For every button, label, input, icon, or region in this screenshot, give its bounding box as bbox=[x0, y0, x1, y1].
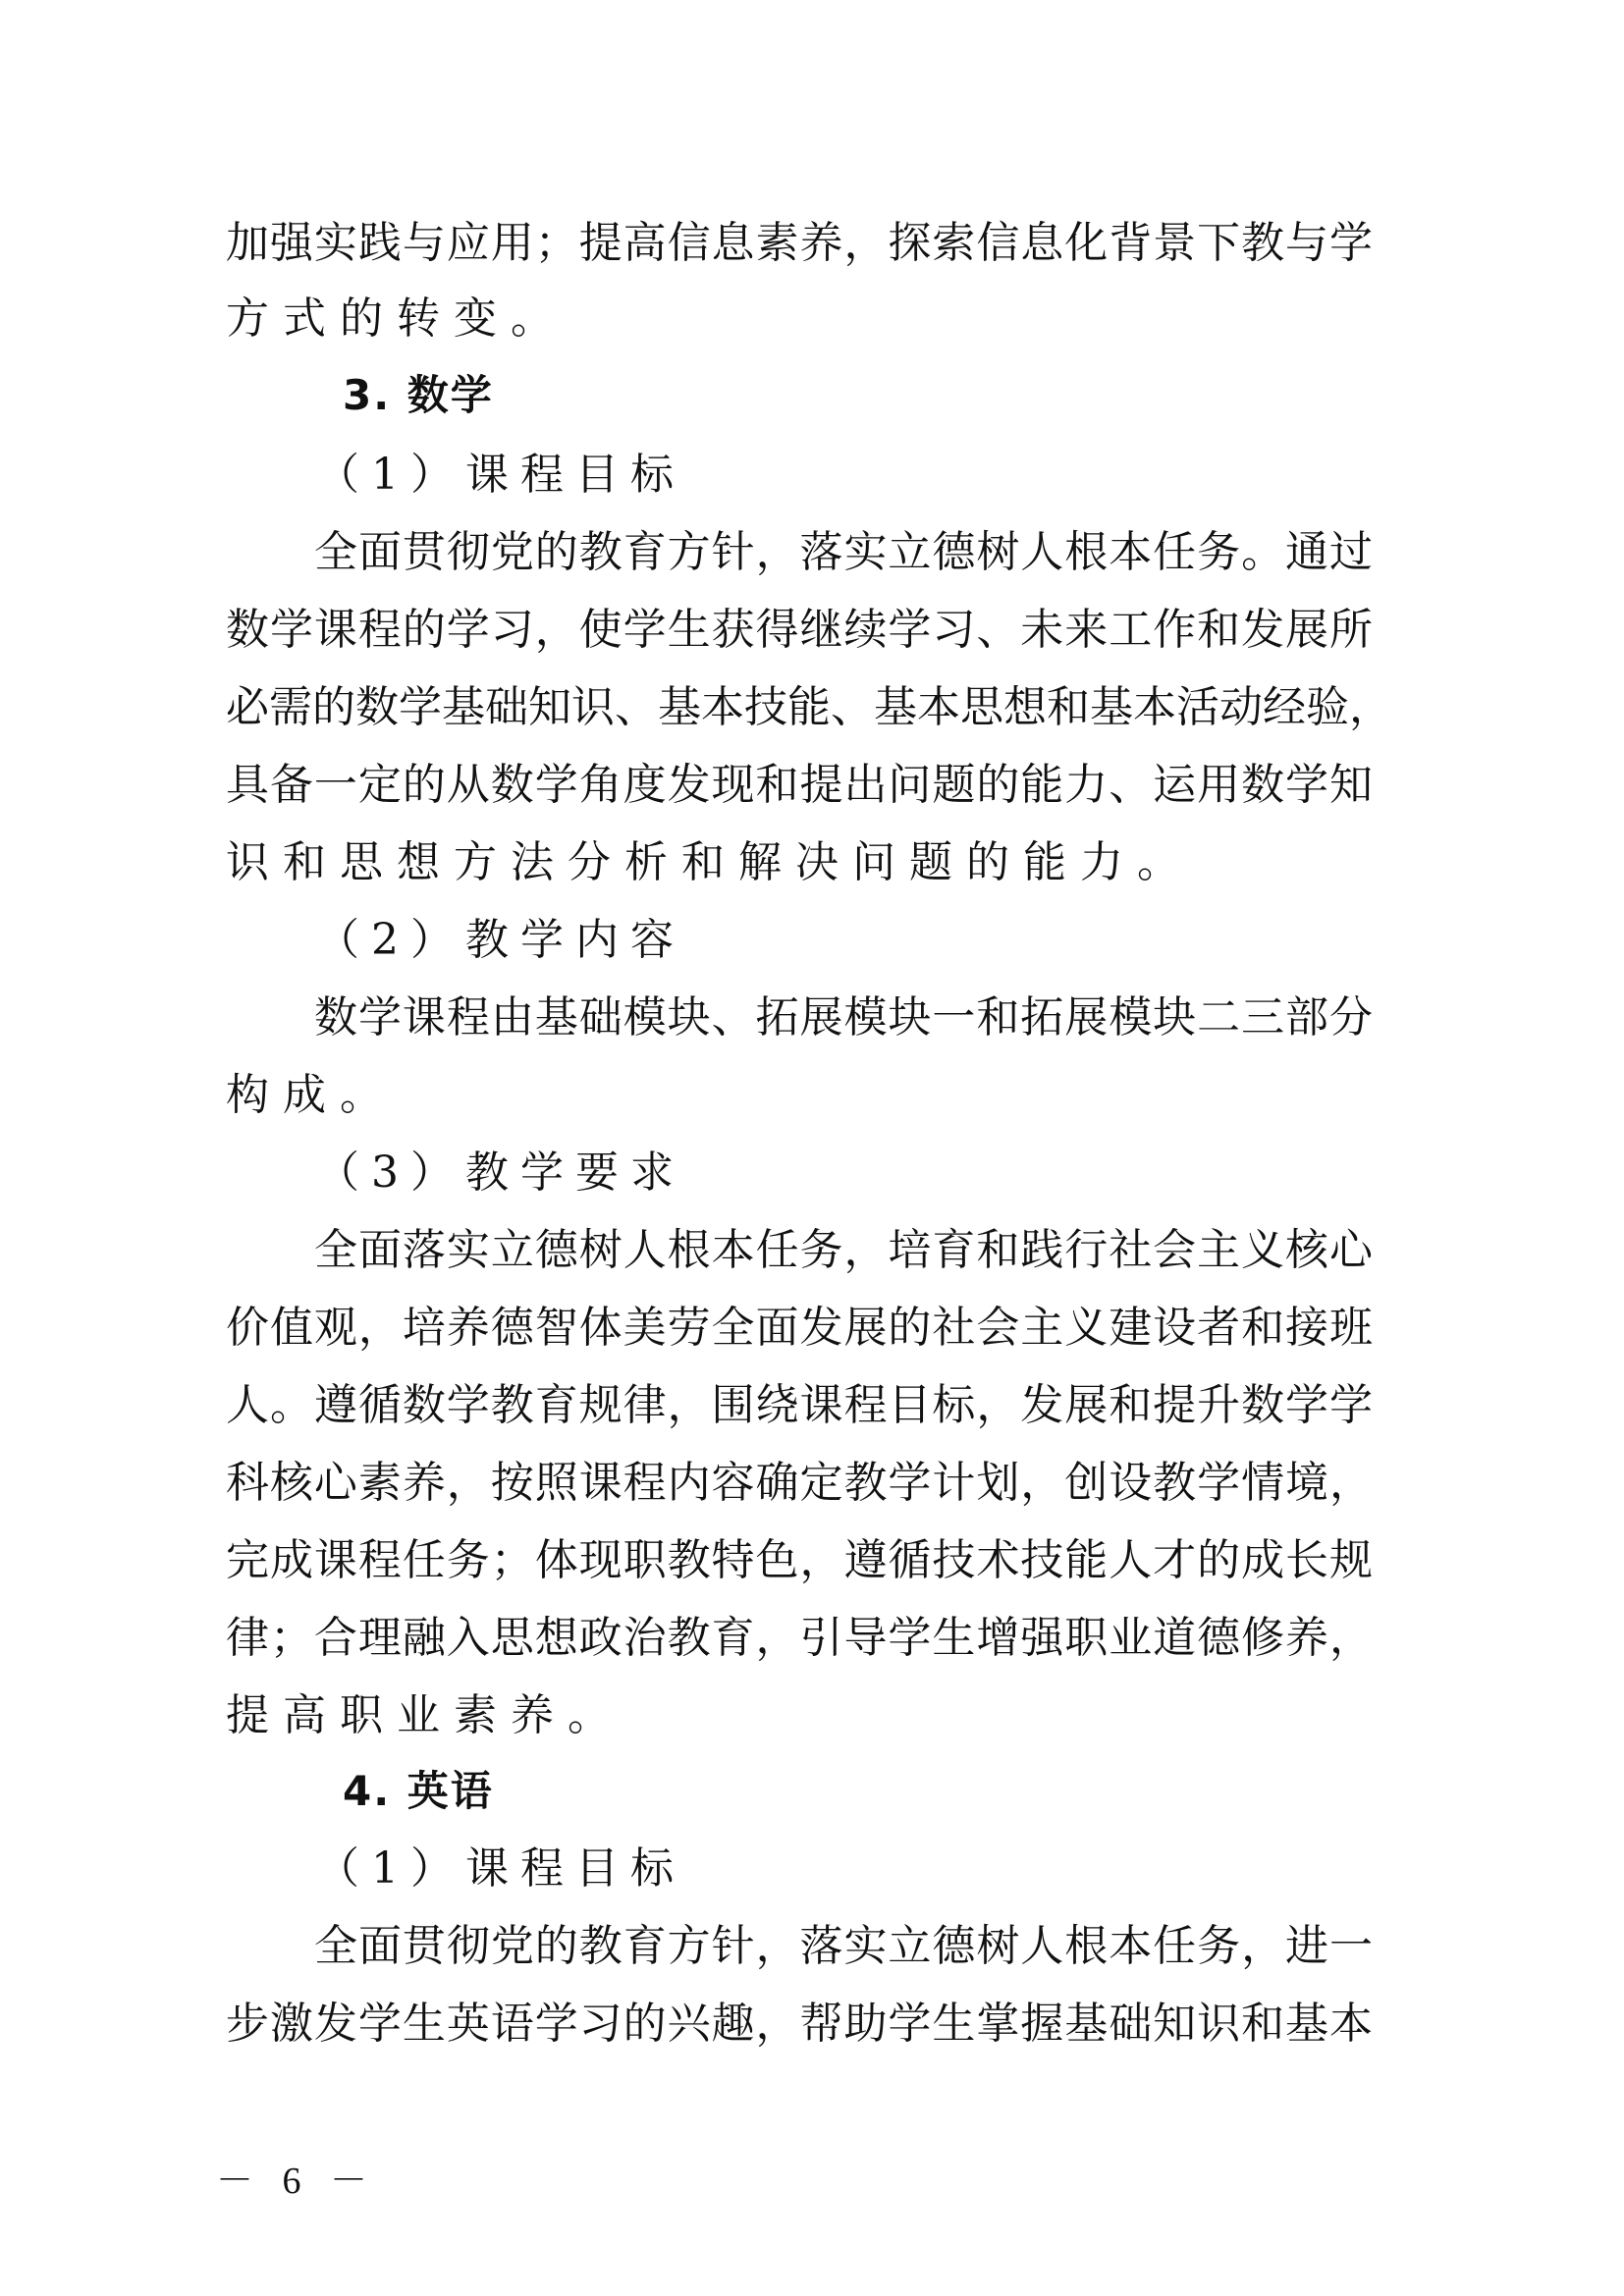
body-text-line: 价值观，培养德智体美劳全面发展的社会主义建设者和接班 bbox=[226, 1299, 1373, 1358]
body-text-line: 全面落实立德树人根本任务，培育和践行社会主义核心 bbox=[314, 1221, 1373, 1280]
body-text-line: 全面贯彻党的教育方针，落实立德树人根本任务。通过 bbox=[314, 523, 1373, 582]
body-text-line: 构成。 bbox=[226, 1066, 397, 1125]
body-text-line: 科核心素养，按照课程内容确定教学计划，创设教学情境， bbox=[226, 1454, 1373, 1513]
body-text-line: 提高职业素养。 bbox=[226, 1686, 624, 1745]
body-text-line: 数学课程由基础模块、拓展模块一和拓展模块二三部分 bbox=[314, 988, 1373, 1047]
body-text-line: 必需的数学基础知识、基本技能、基本思想和基本活动经验， bbox=[226, 678, 1373, 737]
body-text-line: 具备一定的从数学角度发现和提出问题的能力、运用数学知 bbox=[226, 756, 1373, 815]
body-text-line: 步激发学生英语学习的兴趣，帮助学生掌握基础知识和基本 bbox=[226, 1995, 1373, 2054]
subheading-teaching-content: （2）教学内容 bbox=[316, 911, 685, 970]
subheading-course-objectives: （1）课程目标 bbox=[316, 446, 685, 505]
body-text-line: 识和思想方法分析和解决问题的能力。 bbox=[226, 833, 1194, 892]
subheading-teaching-requirements: （3）教学要求 bbox=[316, 1144, 685, 1202]
section-heading-english: 4. 英语 bbox=[343, 1762, 494, 1821]
subheading-course-objectives: （1）课程目标 bbox=[316, 1840, 685, 1898]
page-number: － 6 － bbox=[216, 2160, 377, 2203]
body-text-line: 完成课程任务；体现职教特色，遵循技术技能人才的成长规 bbox=[226, 1531, 1373, 1590]
body-text-line: 方式的转变。 bbox=[226, 290, 568, 348]
body-text-line: 数学课程的学习，使学生获得继续学习、未来工作和发展所 bbox=[226, 601, 1373, 660]
body-text-line: 全面贯彻党的教育方针，落实立德树人根本任务，进一 bbox=[314, 1917, 1373, 1976]
section-heading-math: 3. 数学 bbox=[343, 366, 494, 425]
body-text-line: 律；合理融入思想政治教育，引导学生增强职业道德修养， bbox=[226, 1609, 1373, 1668]
body-text-line: 人。遵循数学教育规律，围绕课程目标，发展和提升数学学 bbox=[226, 1376, 1373, 1435]
body-text-line: 加强实践与应用；提高信息素养，探索信息化背景下教与学 bbox=[226, 214, 1373, 273]
